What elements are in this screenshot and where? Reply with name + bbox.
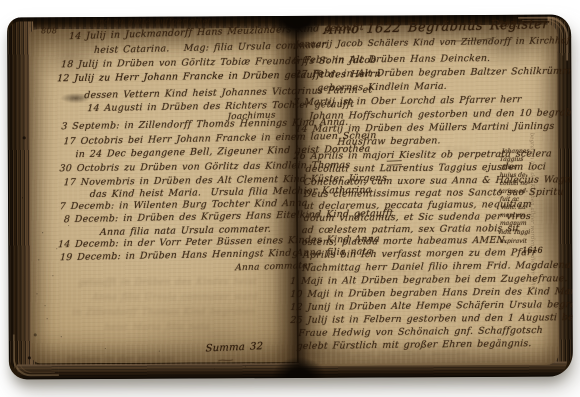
- margin-note-line: hujus de-: [499, 173, 527, 179]
- bleed-through-line: begraben in Drüben heist Anna: [307, 145, 470, 156]
- manuscript-line: 9 Aprilis bin Ich verfasst morgen zu dem…: [292, 248, 537, 261]
- margin-note-line: filius: [501, 165, 516, 171]
- margin-note-line: Taggius: [499, 157, 523, 163]
- manuscript-line: 7 Martij ist in Ober Lorchd als Pfarrer …: [293, 95, 522, 108]
- manuscript-line: 27 Febr: in Alt Drüben begraben Baltzer …: [295, 66, 573, 80]
- bleed-through-line: gestorben und begraben worden: [300, 349, 468, 360]
- photo-background: 808 vnd zu gutte auffgerichtet Summa 32 …: [0, 0, 580, 397]
- margin-note-line: collati no-: [500, 181, 531, 187]
- margin-note-line: magnum: [500, 221, 527, 227]
- margin-note-line: vidit Taggi: [498, 230, 530, 236]
- right-page-text: Anno 1622 Begräbnüs Register 205. 1616 b…: [7, 15, 573, 380]
- margin-note-line: mentum: [500, 213, 525, 219]
- right-page-number: 205.: [499, 21, 518, 30]
- manuscript-line: 14 Martij im Drüben des Müllers Martini …: [295, 122, 555, 136]
- manuscript-line: Fraue Hedwig von Schönaich gnf. Schaffgo…: [298, 326, 543, 339]
- manuscript-line: 6 Febr: in Alt Drüben Hans Deincken.: [293, 54, 491, 66]
- manuscript-line: gebornes Kindlein Maria.: [317, 82, 447, 94]
- margin-note-line: tarius ad-: [499, 189, 528, 195]
- bleed-through-line: des Kindes Tochter begraben: [318, 269, 469, 280]
- emphasis-underline: [387, 160, 402, 166]
- margin-note-line: fuit ac: [500, 197, 520, 203]
- margin-note-line: vidit. La-: [501, 205, 528, 211]
- open-book: 808 vnd zu gutte auffgerichtet Summa 32 …: [7, 15, 573, 380]
- margin-note-line: Johannes: [501, 149, 529, 155]
- manuscript-line: ostens, placida morte habeamus AMEN.: [302, 236, 508, 249]
- manuscript-line: Januarij Jacob Schälers Kind von Zillend…: [295, 37, 573, 51]
- margin-note-line: expiravit: [500, 239, 527, 245]
